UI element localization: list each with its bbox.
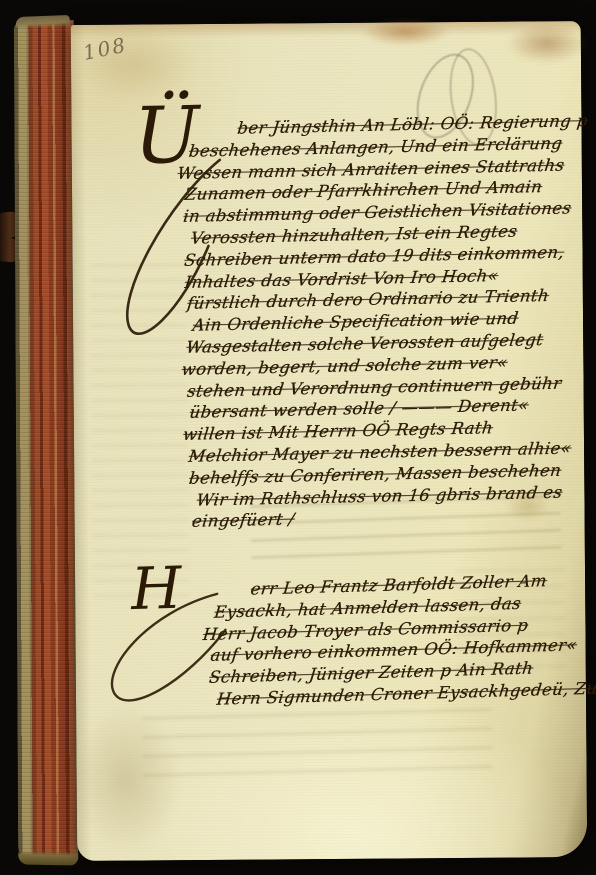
stain [507,23,587,64]
handwritten-lines: ber Jüngsthin An Löbl: OÖ: Regierung pbe… [180,110,589,533]
book-photo: 108 Ü ber Jüngsthin An Löbl: OÖ: Regieru… [0,0,596,875]
stain [70,704,181,855]
entry-paragraph-1: Ü ber Jüngsthin An Löbl: OÖ: Regierung p… [180,110,589,533]
ink-bleedthrough [142,709,494,782]
stain [361,19,451,46]
handwritten-lines: err Leo Frantz Barfoldt Zoller AmEysackh… [205,569,589,711]
manuscript-page: 108 Ü ber Jüngsthin An Löbl: OÖ: Regieru… [71,21,588,861]
folio-number: 108 [81,33,129,65]
initial-letter: H [130,565,182,613]
book-page-edges [14,20,78,860]
entry-paragraph-2: H err Leo Frantz Barfoldt Zoller AmEysac… [205,569,589,711]
